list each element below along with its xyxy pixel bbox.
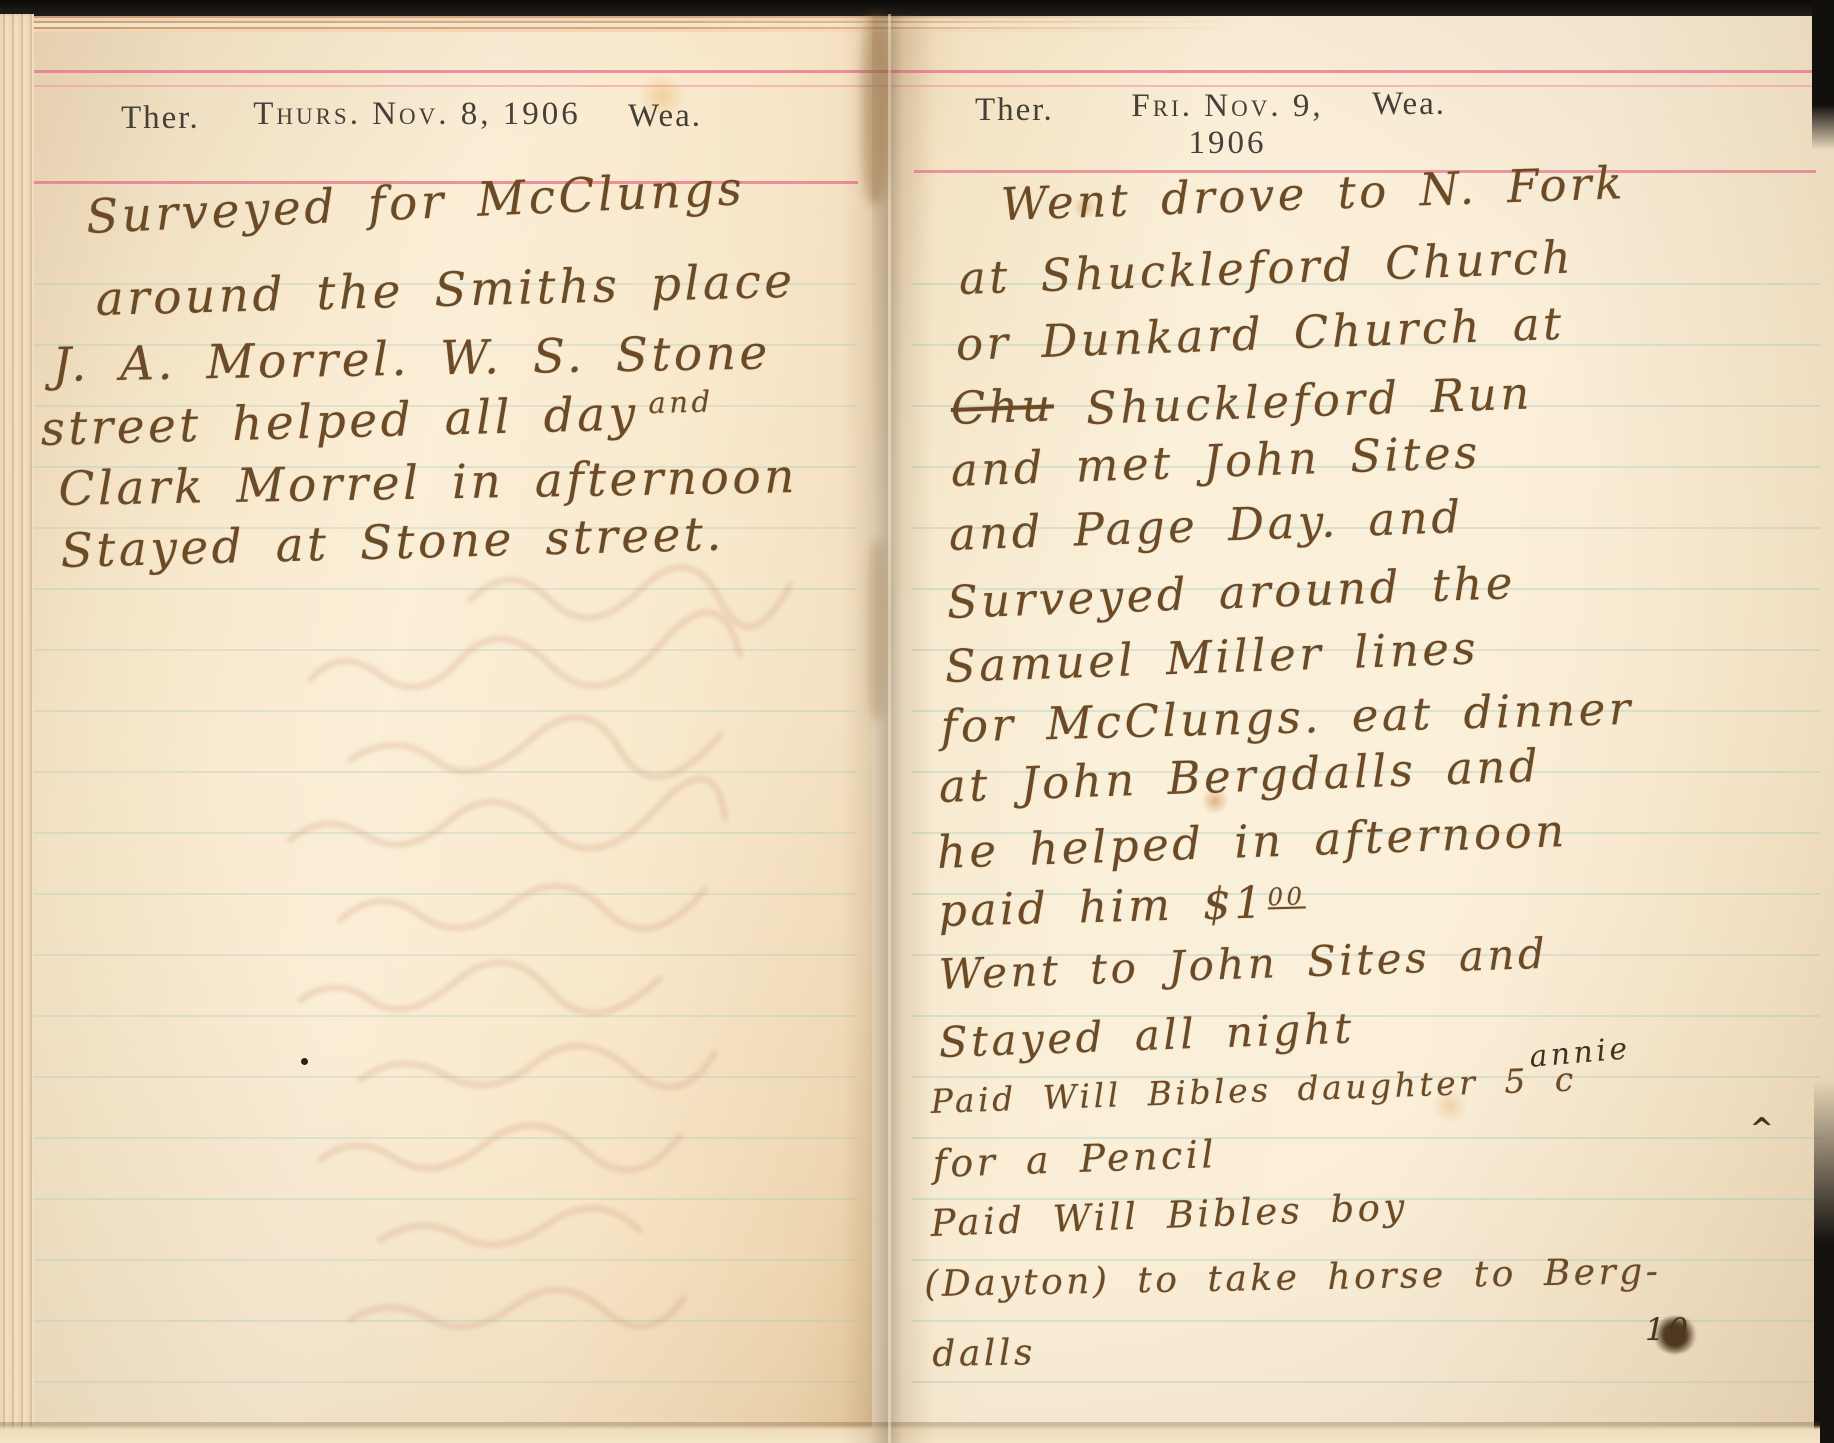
binding-smudge [868,540,886,720]
page-number: 10 [1645,1312,1691,1348]
ink-bleed-through [50,540,840,1420]
handwritten-line: paid him $100 [938,876,1306,937]
handwritten-line: dalls [932,1332,1036,1375]
page-stack-edges-left [0,14,34,1443]
right-date-heading: Fri. Nov. 9, 1906 [1115,88,1340,162]
left-date-heading: Thurs. Nov. 8, 1906 [252,96,582,133]
left-wea-label: Wea. [628,98,702,135]
left-ther-label: Ther. [121,100,200,137]
scanner-background-right-top [1812,0,1834,150]
binding-crease [888,14,891,1443]
right-wea-label: Wea. [1372,86,1446,123]
page-stack-edges-top [0,16,1250,32]
insertion-caret: ^ [1750,1112,1777,1145]
binding-smudge [862,14,888,204]
diary-scan-page: { "document": { "left_page": { "ther_lab… [0,0,1834,1443]
superscript-cents: 00 [1267,882,1306,911]
superscript-word: and [648,384,714,420]
struck-word: Chu [950,378,1055,435]
scanner-background-right-bottom [1814,1080,1834,1443]
right-ther-label: Ther. [975,92,1054,129]
